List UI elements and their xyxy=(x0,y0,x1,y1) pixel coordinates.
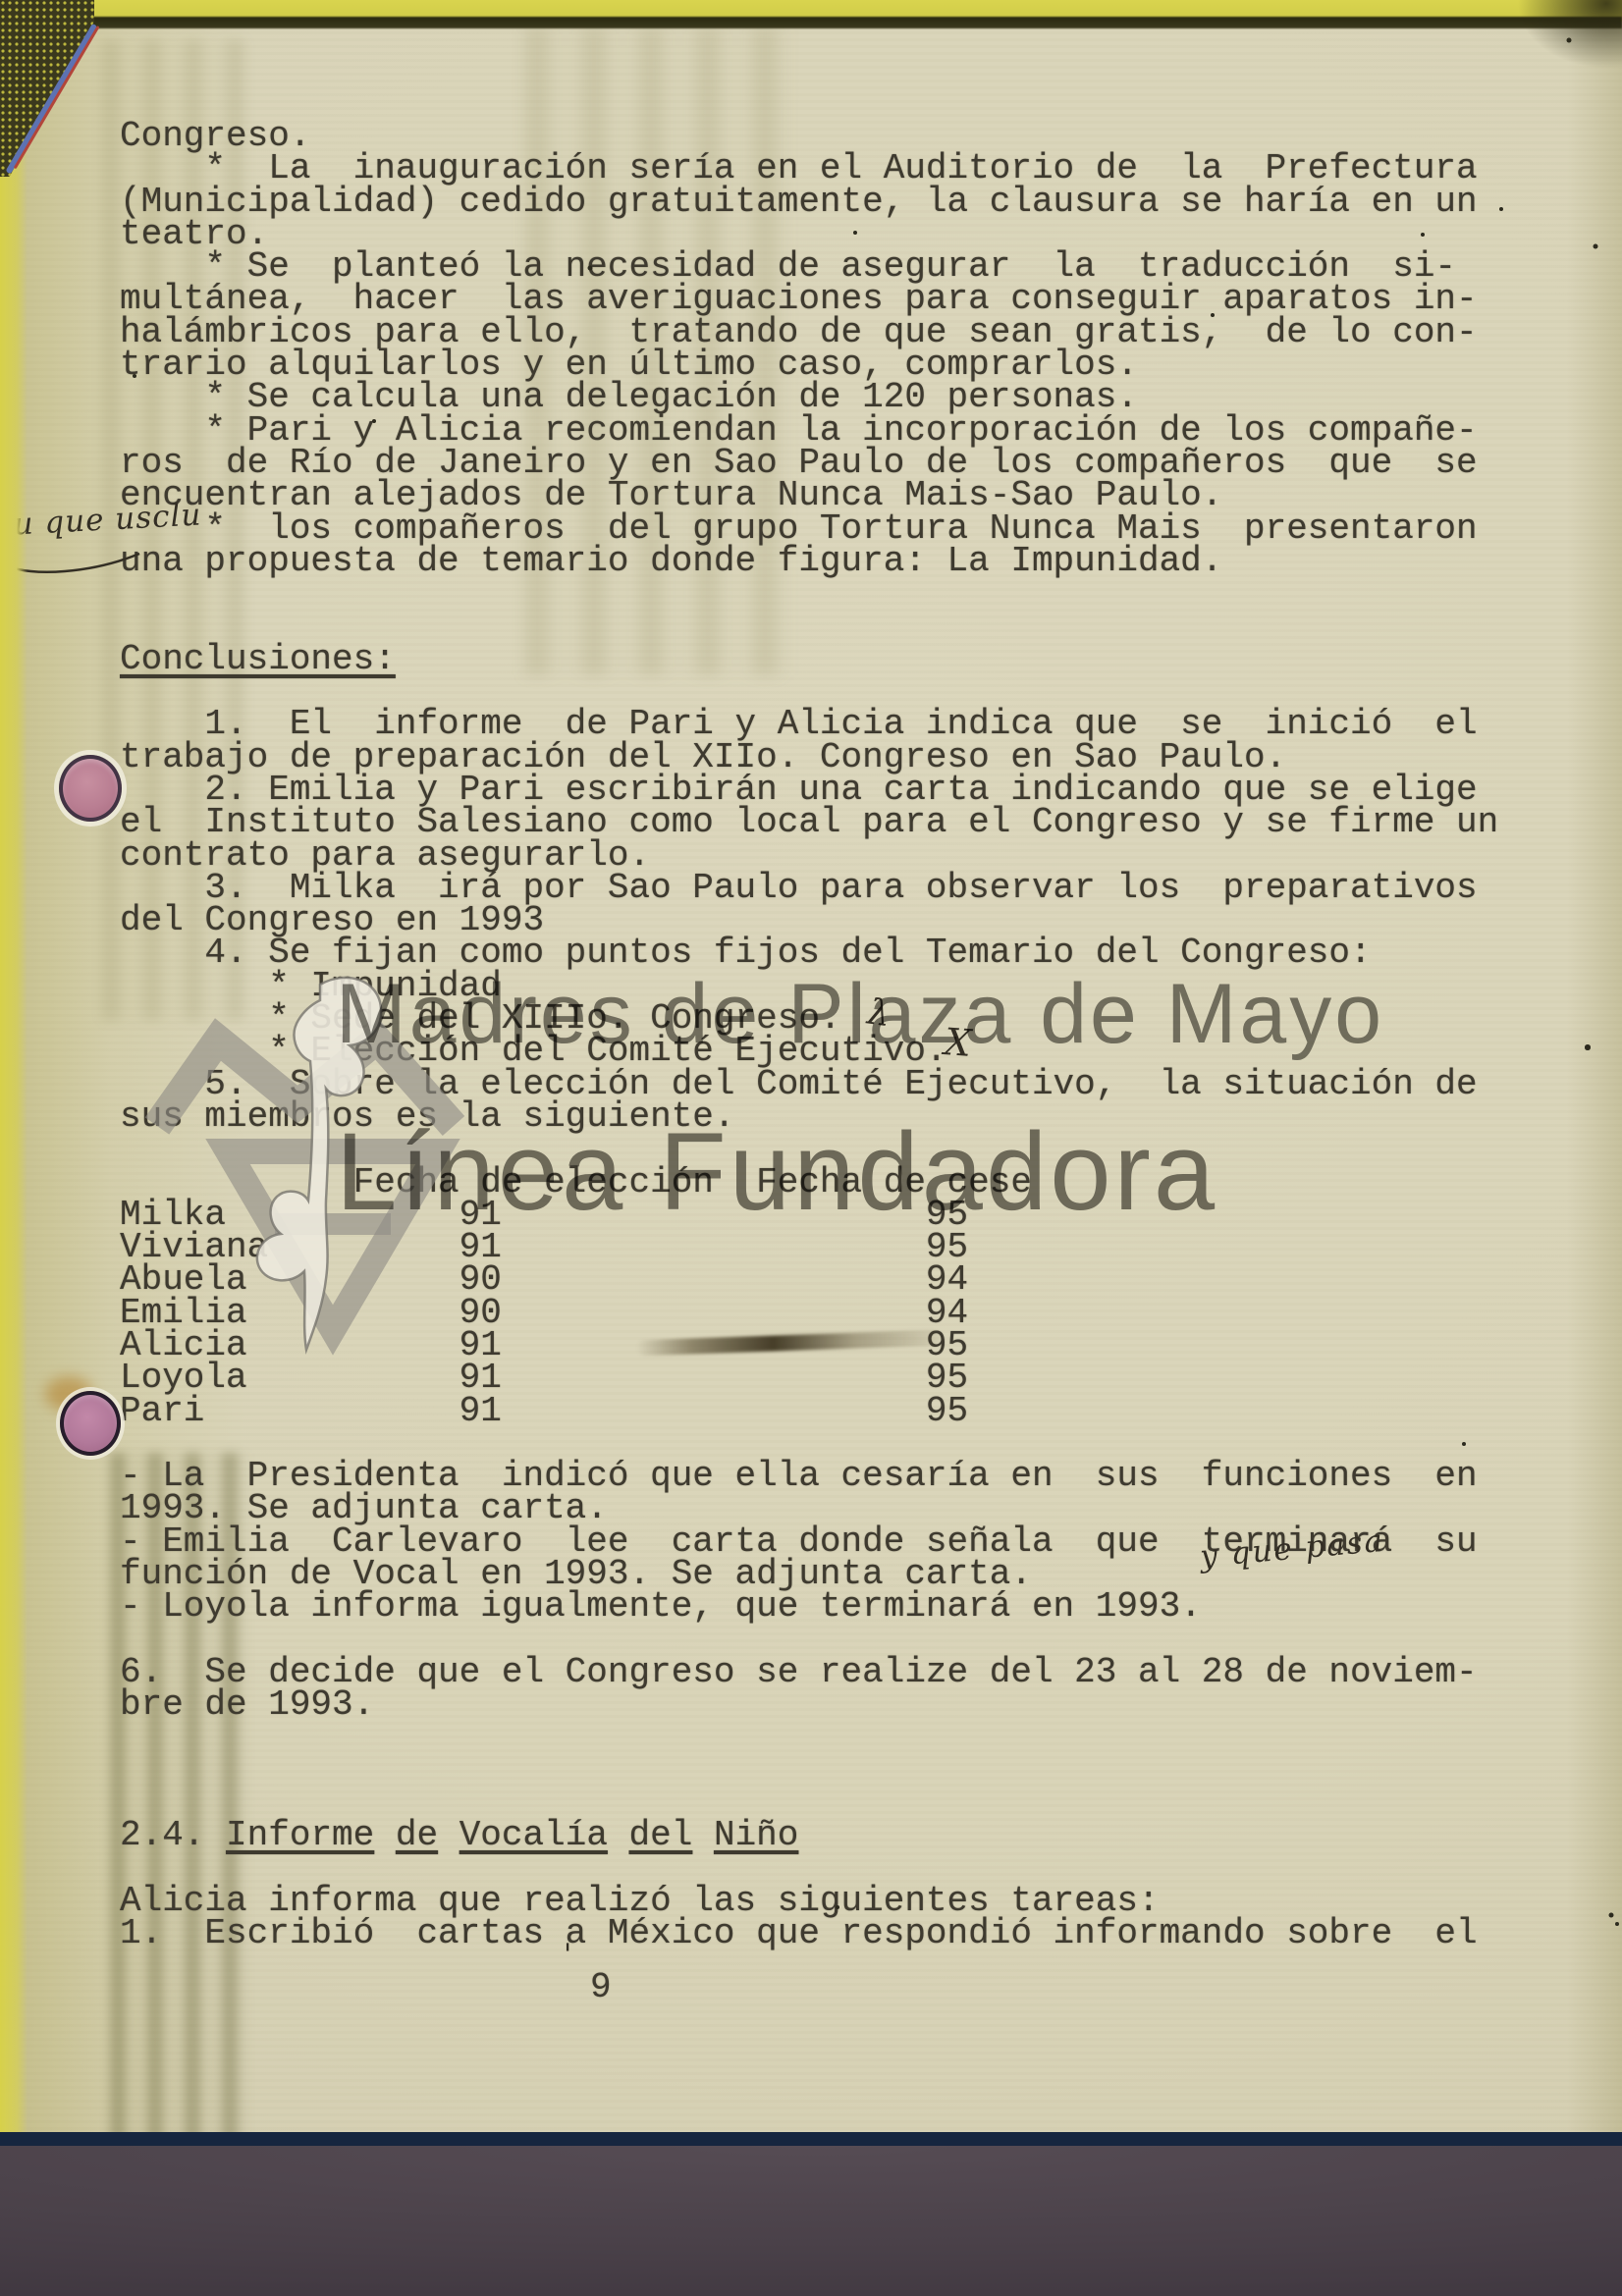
typed-line: * La inauguración sería en el Auditorio … xyxy=(120,152,1498,185)
typed-line: Alicia informa que realizó las siguiente… xyxy=(120,1885,1498,1917)
watermark-org-name: Madres de Plaza de Mayo xyxy=(336,972,1384,1056)
typed-line xyxy=(120,1754,1498,1787)
table-row-line: Loyola 91 95 xyxy=(120,1362,1498,1394)
typed-heading-line: Conclusiones: xyxy=(120,643,1498,675)
typed-line xyxy=(120,1624,1498,1656)
typed-line xyxy=(120,1852,1498,1885)
typed-line: contrato para asegurarlo. xyxy=(120,839,1498,872)
punch-hole-top xyxy=(59,755,122,822)
typed-line xyxy=(120,610,1498,642)
typed-line: * Se calcula una delegación de 120 perso… xyxy=(120,381,1498,413)
typed-line xyxy=(120,577,1498,610)
typed-line: 1. El informe de Pari y Alicia indica qu… xyxy=(120,708,1498,740)
typed-line: ros de Río de Janeiro y en Sao Paulo de … xyxy=(120,447,1498,479)
typed-line: (Municipalidad) cedido gratuitamente, la… xyxy=(120,186,1498,218)
typed-line: una propuesta de temario donde figura: L… xyxy=(120,545,1498,577)
typed-line: 4. Se fijan como puntos fijos del Temari… xyxy=(120,936,1498,969)
typed-line: 1. Escribió cartas a México que respondi… xyxy=(120,1917,1498,1949)
page-top-dark-edge xyxy=(0,17,1622,28)
typed-line: * Pari y Alicia recomiendan la incorpora… xyxy=(120,414,1498,447)
typed-line: - La Presidenta indicó que ella cesaría … xyxy=(120,1460,1498,1492)
page-number: 9 xyxy=(590,1967,612,2007)
typed-line xyxy=(120,1787,1498,1819)
watermark-org-subtitle: Línea Fundadora xyxy=(336,1117,1217,1227)
typed-line: multánea, hacer las averiguaciones para … xyxy=(120,283,1498,315)
typed-line: 1993. Se adjunta carta. xyxy=(120,1492,1498,1524)
typed-line: halámbricos para ello, tratando de que s… xyxy=(120,316,1498,348)
typed-line: bre de 1993. xyxy=(120,1688,1498,1721)
typed-line xyxy=(120,675,1498,708)
typed-line: 2. Emilia y Pari escribirán una carta in… xyxy=(120,774,1498,806)
page-bottom-edge xyxy=(0,2132,1622,2146)
typed-line: encuentran alejados de Tortura Nunca Mai… xyxy=(120,479,1498,511)
typed-line: teatro. xyxy=(120,218,1498,250)
page-left-yellow-edge xyxy=(0,0,27,2144)
typed-line: * los compañeros del grupo Tortura Nunca… xyxy=(120,512,1498,545)
typed-line: trabajo de preparación del XIIo. Congres… xyxy=(120,741,1498,774)
typed-line: del Congreso en 1993 xyxy=(120,904,1498,936)
typed-line: 3. Milka irá por Sao Paulo para observar… xyxy=(120,872,1498,904)
top-right-dark-smudge xyxy=(1517,0,1622,69)
typed-line xyxy=(120,1722,1498,1754)
typed-line: Congreso. xyxy=(120,120,1498,152)
table-row-line: Pari 91 95 xyxy=(120,1395,1498,1427)
typed-line: trario alquilarlos y en último caso, com… xyxy=(120,348,1498,381)
typed-line: el Instituto Salesiano como local para e… xyxy=(120,806,1498,838)
typed-heading-line: 2.4. Informe de Vocalía del Niño xyxy=(120,1819,1498,1851)
handwritten-tick-mark: ' xyxy=(564,1938,571,1972)
typed-line xyxy=(120,1427,1498,1460)
punch-hole-bottom xyxy=(60,1391,121,1456)
typed-line: 6. Se decide que el Congreso se realize … xyxy=(120,1656,1498,1688)
right-edge-shading xyxy=(1567,0,1622,2144)
typed-line: - Loyola informa igualmente, que termina… xyxy=(120,1590,1498,1623)
scanned-document: Congreso. * La inauguración sería en el … xyxy=(0,0,1622,2296)
scan-background-bottom xyxy=(0,2144,1622,2296)
typed-line: * Se planteó la necesidad de asegurar la… xyxy=(120,250,1498,283)
